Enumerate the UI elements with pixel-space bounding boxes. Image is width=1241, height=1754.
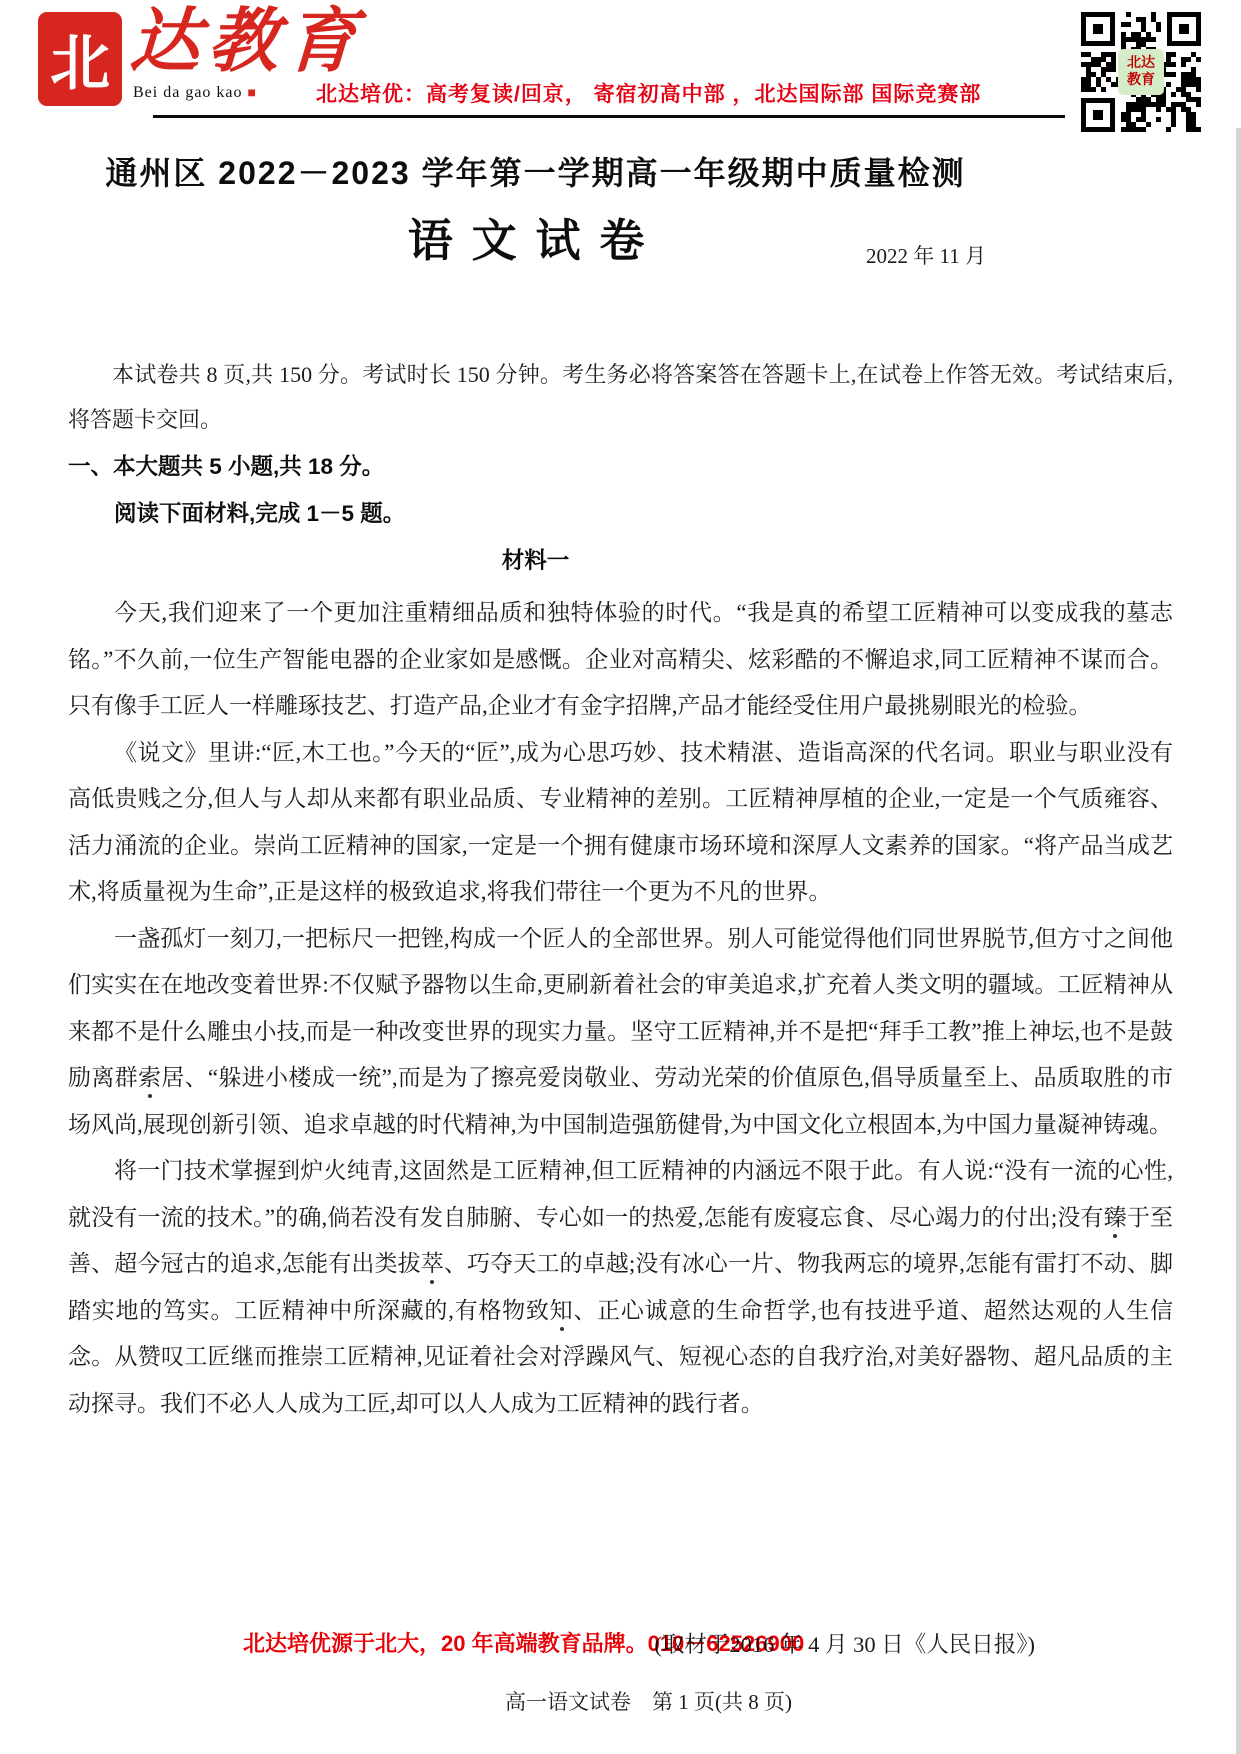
exam-title: 通州区 2022－2023 学年第一学期高一年级期中质量检测 (68, 148, 1173, 194)
paragraph-3: 一盏孤灯一刻刀,一把标尺一把锉,构成一个匠人的全部世界。别人可能觉得他们同世界脱… (68, 916, 1173, 1149)
emphasized-char: 索 (138, 1065, 161, 1090)
exam-notice: 本试卷共 8 页,共 150 分。考试时长 150 分钟。考生务必将答案答在答题… (68, 352, 1173, 442)
material-one-label: 材料一 (68, 543, 1173, 575)
brand-subtitle-text: Bei da gao kao (133, 84, 243, 101)
brand-seal: 北 (38, 12, 122, 106)
header-rule (153, 115, 1065, 118)
subject-title: 语文试卷 (68, 204, 1173, 269)
qr-finder-bottom-left (1081, 98, 1115, 132)
emphasized-char: 萃 (421, 1251, 444, 1276)
qr-finder-top-left (1081, 12, 1115, 46)
paragraph-2: 《说文》里讲:“匠,木工也。”今天的“匠”,成为心思巧妙、技术精湛、造诣高深的代… (68, 730, 1173, 916)
page-footer: 高一语文试卷 第 1 页(共 8 页) (68, 1686, 1173, 1716)
seal-character: 北 (50, 16, 110, 102)
emphasized-char: 知 (550, 1298, 574, 1323)
qr-center-logo: 北达教育 (1118, 49, 1164, 95)
reading-instruction: 阅读下面材料,完成 1－5 题。 (68, 496, 1173, 528)
qr-code: 北达教育 (1081, 12, 1201, 132)
paragraph-4: 将一门技术掌握到炉火纯青,这固然是工匠精神,但工匠精神的内涵远不限于此。有人说:… (68, 1148, 1173, 1427)
section-one-heading: 一、本大题共 5 小题,共 18 分。 (68, 449, 1173, 481)
qr-finder-top-right (1167, 12, 1201, 46)
scan-edge-shadow (1236, 128, 1241, 1754)
brand-subtitle: Bei da gao kao ■ (133, 84, 257, 102)
promo-line: 北达培优源于北大，20 年高端教育品牌。010－62526900 (243, 1627, 804, 1658)
exam-date: 2022 年 11 月 (866, 240, 986, 270)
exam-paper-page: 北 达教育 Bei da gao kao ■ 北达培优：高考复读/回京， 寄宿初… (0, 0, 1241, 1754)
emphasized-char: 臻 (1104, 1205, 1127, 1230)
qr-center-label-text: 北达教育 (1124, 55, 1158, 89)
material-text: 今天,我们迎来了一个更加注重精细品质和独特体验的时代。“我是真的希望工匠精神可以… (68, 590, 1173, 1622)
brand-name: 达教育 (128, 0, 367, 88)
header-slogan: 北达培优：高考复读/回京， 寄宿初高中部 ，北达国际部 国际竞赛部 (316, 78, 981, 108)
paragraph-1: 今天,我们迎来了一个更加注重精细品质和独特体验的时代。“我是真的希望工匠精神可以… (68, 590, 1173, 730)
brand-bullet: ■ (248, 86, 257, 101)
